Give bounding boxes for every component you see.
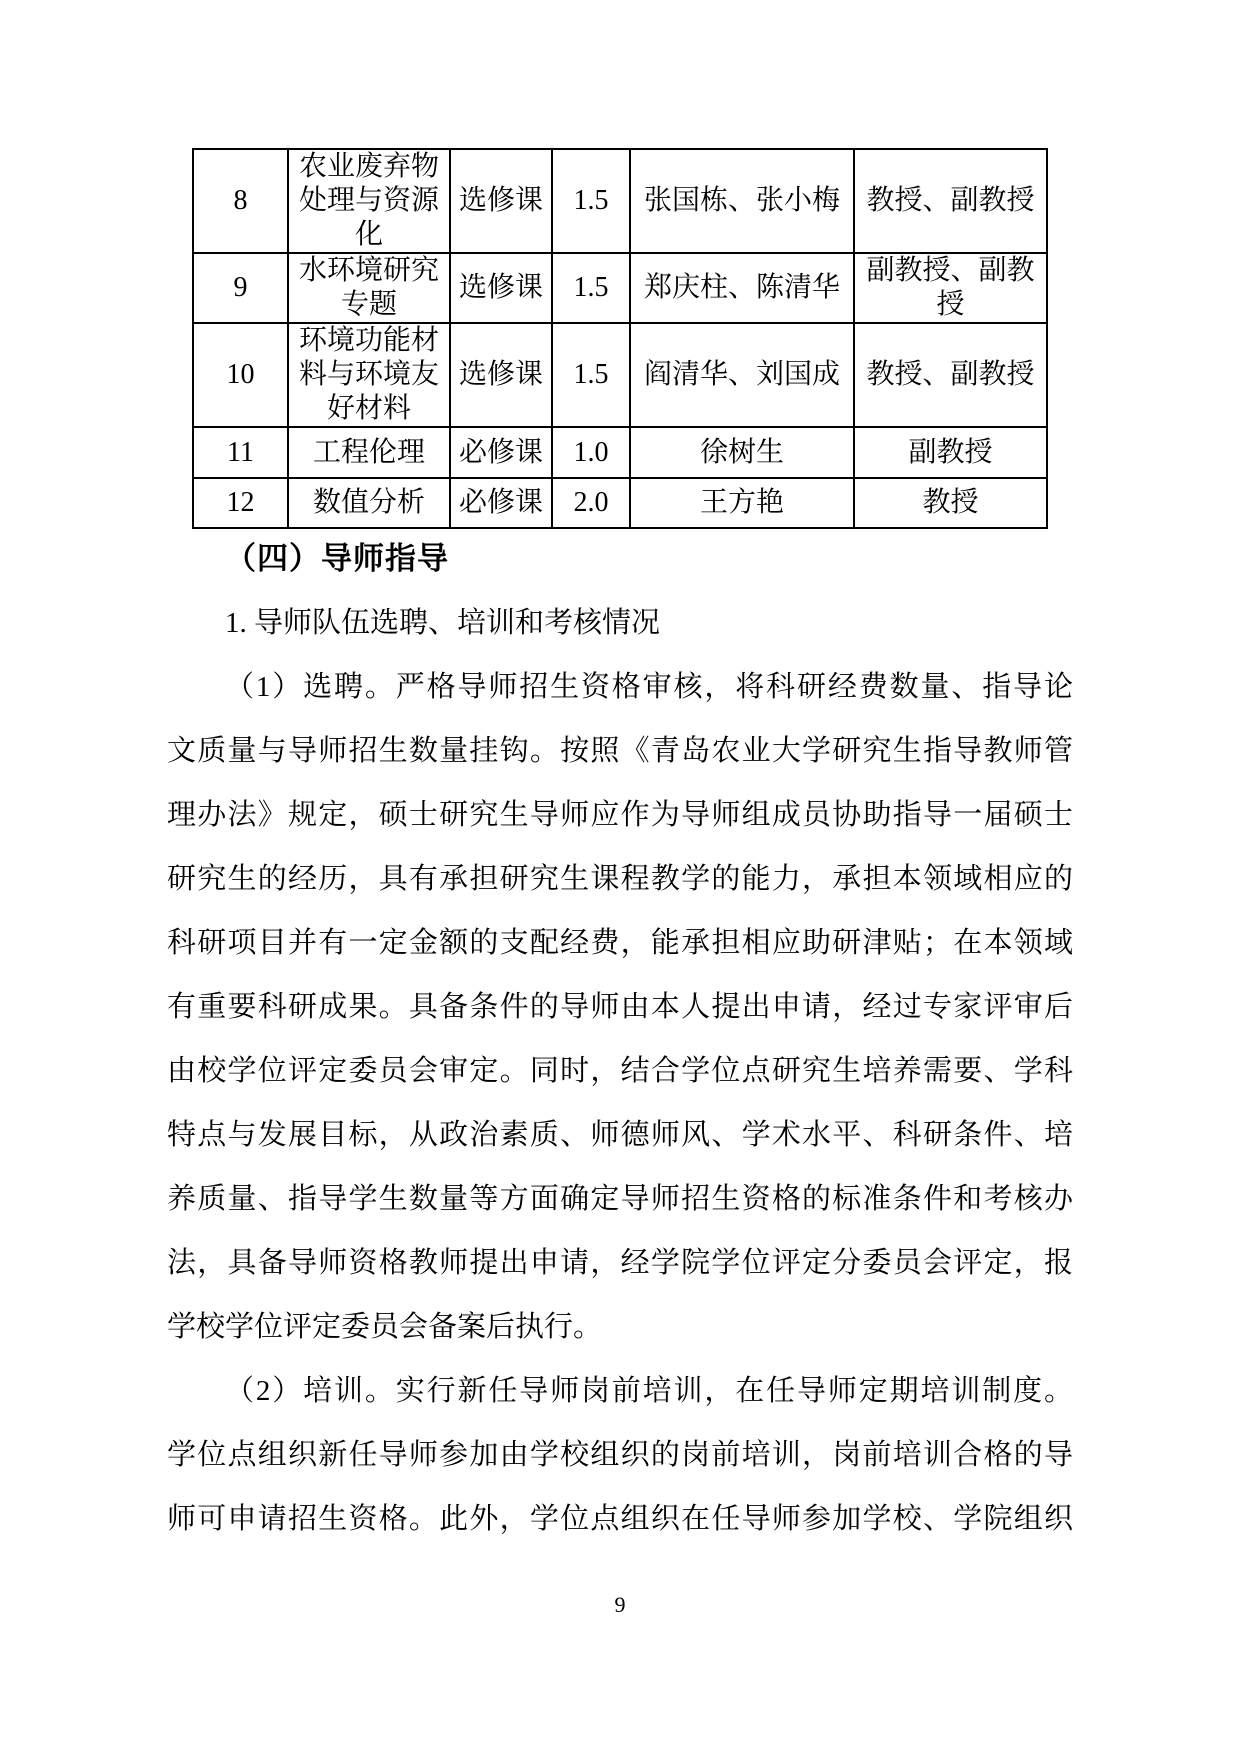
section-subheading: 1. 导师队伍选聘、培训和考核情况 (167, 591, 1073, 655)
row-number-cell: 8 (193, 149, 288, 253)
paragraph-line: 有重要科研成果。具备条件的导师由本人提出申请，经过专家评审后 (167, 975, 1073, 1039)
paragraph-line: 特点与发展目标，从政治素质、师德师风、学术水平、科研条件、培 (167, 1103, 1073, 1167)
table-row: 12 数值分析 必修课 2.0 王方艳 教授 (193, 478, 1047, 528)
course-name-cell: 环境功能材料与环境友好材料 (288, 323, 450, 427)
table-row: 11 工程伦理 必修课 1.0 徐树生 副教授 (193, 427, 1047, 478)
paragraph-line: 由校学位评定委员会审定。同时，结合学位点研究生培养需要、学科 (167, 1039, 1073, 1103)
paragraph-line: （1）选聘。严格导师招生资格审核，将科研经费数量、指导论 (167, 655, 1073, 719)
page-number: 9 (0, 1592, 1240, 1618)
paragraph-line: 文质量与导师招生数量挂钩。按照《青岛农业大学研究生指导教师管 (167, 719, 1073, 783)
row-number-cell: 12 (193, 478, 288, 528)
course-table: 8 农业废弃物处理与资源化 选修课 1.5 张国栋、张小梅 教授、副教授 9 水… (192, 148, 1048, 529)
paragraph-line: 研究生的经历，具有承担研究生课程教学的能力，承担本领域相应的 (167, 847, 1073, 911)
credit-cell: 2.0 (552, 478, 630, 528)
paragraph-line: 科研项目并有一定金额的支配经费，能承担相应助研津贴；在本领域 (167, 911, 1073, 975)
row-number-cell: 10 (193, 323, 288, 427)
course-name-cell: 农业废弃物处理与资源化 (288, 149, 450, 253)
titles-cell: 教授、副教授 (854, 323, 1047, 427)
course-type-cell: 选修课 (450, 323, 552, 427)
table-row: 10 环境功能材料与环境友好材料 选修课 1.5 阎清华、刘国成 教授、副教授 (193, 323, 1047, 427)
credit-cell: 1.5 (552, 149, 630, 253)
course-name-cell: 数值分析 (288, 478, 450, 528)
credit-cell: 1.0 (552, 427, 630, 478)
paragraph-line: 法，具备导师资格教师提出申请，经学院学位评定分委员会评定，报 (167, 1231, 1073, 1295)
course-type-cell: 必修课 (450, 427, 552, 478)
credit-cell: 1.5 (552, 323, 630, 427)
row-number-cell: 11 (193, 427, 288, 478)
paragraph-line: 理办法》规定，硕士研究生导师应作为导师组成员协助指导一届硕士 (167, 783, 1073, 847)
course-type-cell: 选修课 (450, 253, 552, 323)
table-row: 8 农业废弃物处理与资源化 选修课 1.5 张国栋、张小梅 教授、副教授 (193, 149, 1047, 253)
titles-cell: 教授 (854, 478, 1047, 528)
titles-cell: 教授、副教授 (854, 149, 1047, 253)
paragraph-line: 学校学位评定委员会备案后执行。 (167, 1295, 1073, 1359)
instructors-cell: 郑庆柱、陈清华 (630, 253, 854, 323)
body-text: （四）导师指导 1. 导师队伍选聘、培训和考核情况 （1）选聘。严格导师招生资格… (167, 527, 1073, 1551)
instructors-cell: 阎清华、刘国成 (630, 323, 854, 427)
document-page: 8 农业废弃物处理与资源化 选修课 1.5 张国栋、张小梅 教授、副教授 9 水… (0, 0, 1240, 1753)
instructors-cell: 张国栋、张小梅 (630, 149, 854, 253)
course-type-cell: 选修课 (450, 149, 552, 253)
course-name-cell: 水环境研究专题 (288, 253, 450, 323)
paragraph-line: （2）培训。实行新任导师岗前培训，在任导师定期培训制度。 (167, 1359, 1073, 1423)
table-row: 9 水环境研究专题 选修课 1.5 郑庆柱、陈清华 副教授、副教授 (193, 253, 1047, 323)
titles-cell: 副教授 (854, 427, 1047, 478)
paragraph-line: 师可申请招生资格。此外，学位点组织在任导师参加学校、学院组织 (167, 1487, 1073, 1551)
course-name-cell: 工程伦理 (288, 427, 450, 478)
paragraph-line: 学位点组织新任导师参加由学校组织的岗前培训，岗前培训合格的导 (167, 1423, 1073, 1487)
instructors-cell: 徐树生 (630, 427, 854, 478)
row-number-cell: 9 (193, 253, 288, 323)
titles-cell: 副教授、副教授 (854, 253, 1047, 323)
section-heading: （四）导师指导 (167, 527, 1073, 591)
instructors-cell: 王方艳 (630, 478, 854, 528)
course-type-cell: 必修课 (450, 478, 552, 528)
paragraph-line: 养质量、指导学生数量等方面确定导师招生资格的标准条件和考核办 (167, 1167, 1073, 1231)
credit-cell: 1.5 (552, 253, 630, 323)
